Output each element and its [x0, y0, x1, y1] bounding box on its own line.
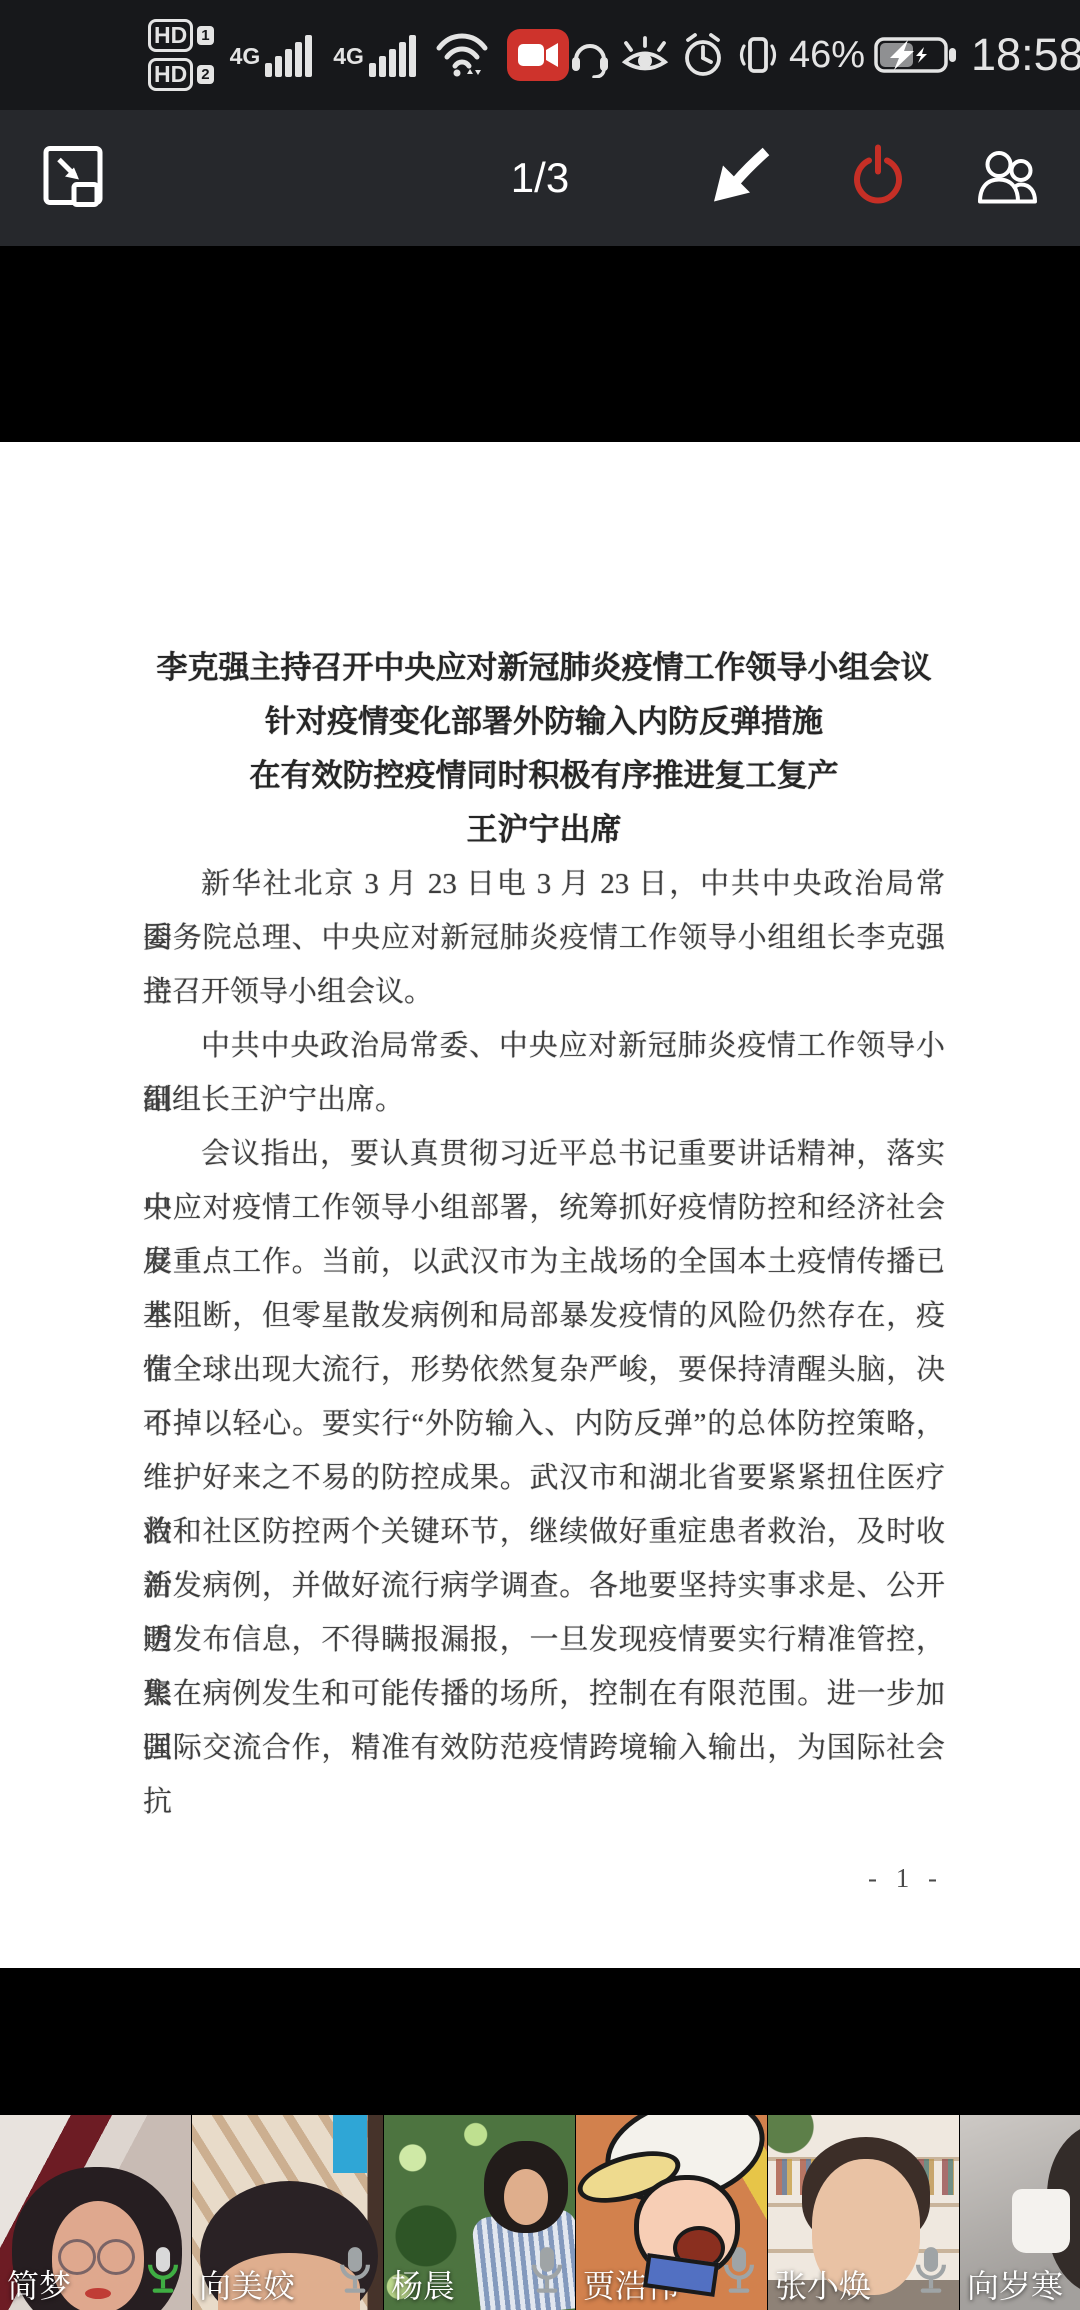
- participants-button[interactable]: [972, 144, 1042, 213]
- document-body-line: 展重点工作。当前，以武汉市为主战场的全国本土疫情传播已基: [143, 1235, 945, 1289]
- mic-icon: [335, 2246, 375, 2300]
- participant-name: 张小焕: [775, 2261, 871, 2307]
- network-type-label: 4G: [230, 43, 261, 70]
- wifi-icon: [433, 30, 491, 80]
- document-body-line: 新华社北京 3 月 23 日电 3 月 23 日，中共中央政治局常委、: [143, 857, 945, 911]
- document-body-line: 中共中央政治局常委、中央应对新冠肺炎疫情工作领导小组: [143, 1019, 945, 1073]
- document-body-line: 可掉以轻心。要实行“外防输入、内防反弹”的总体防控策略，: [143, 1397, 945, 1451]
- document-body-line: 本阻断，但零星散发病例和局部暴发疫情的风险仍然存在，疫情: [143, 1289, 945, 1343]
- power-icon: [842, 140, 914, 212]
- status-bar: HD 1 HD 2 4G: [0, 0, 1080, 110]
- participant-tile-1[interactable]: 简梦: [0, 2115, 192, 2310]
- document-body-line: 在全球出现大流行，形势依然复杂严峻，要保持清醒头脑，决不: [143, 1343, 945, 1397]
- sim2-number: 2: [197, 65, 213, 84]
- status-left-group: HD 1 HD 2 4G: [148, 19, 569, 91]
- document-body-line: 持召开领导小组会议。: [143, 965, 945, 1019]
- participant-tile-5[interactable]: 张小焕: [768, 2115, 960, 2310]
- participant-name: 杨晨: [391, 2261, 455, 2307]
- document-title-line: 在有效防控疫情同时积极有序推进复工复产: [143, 749, 945, 803]
- signal-sim2: 4G: [333, 31, 421, 79]
- video-call-badge: [507, 29, 569, 81]
- eye-comfort-icon: [620, 33, 670, 77]
- pointer-arrow-button[interactable]: [706, 142, 774, 215]
- mic-icon: [911, 2246, 951, 2300]
- hd-icon: HD: [148, 19, 193, 52]
- shared-document-page[interactable]: 李克强主持召开中央应对新冠肺炎疫情工作领导小组会议针对疫情变化部署外防输入内防反…: [0, 442, 1080, 1968]
- hd-icon: HD: [148, 58, 193, 91]
- document-body-line: 维护好来之不易的防控成果。武汉市和湖北省要紧紧扭住医疗救: [143, 1451, 945, 1505]
- participant-tile-4[interactable]: 贾浩伟: [576, 2115, 768, 2310]
- document-body-line: 副组长王沪宁出席。: [143, 1073, 945, 1127]
- mic-icon: [527, 2246, 567, 2300]
- hd-volte-badges: HD 1 HD 2: [148, 19, 214, 91]
- share-toolbar: 1/3: [0, 110, 1080, 246]
- vibrate-icon: [736, 32, 780, 78]
- participant-name: 向岁寒: [967, 2261, 1063, 2307]
- document-title-line: 针对疫情变化部署外防输入内防反弹措施: [143, 695, 945, 749]
- document-body-line: 国务院总理、中央应对新冠肺炎疫情工作领导小组组长李克强主: [143, 911, 945, 965]
- clock-time: 18:58: [971, 29, 1080, 81]
- document-body-line: 焦在病例发生和可能传播的场所，控制在有限范围。进一步加强: [143, 1667, 945, 1721]
- participant-name: 向美姣: [199, 2261, 295, 2307]
- pointer-arrow-icon: [706, 142, 774, 210]
- page-number-footer: - 1 -: [868, 1863, 943, 1894]
- sim1-number: 1: [197, 26, 213, 45]
- headset-icon: [569, 32, 611, 78]
- document-title-line: 李克强主持召开中央应对新冠肺炎疫情工作领导小组会议: [143, 641, 945, 695]
- stop-share-button[interactable]: [842, 140, 914, 217]
- battery-charging-icon: [874, 33, 958, 77]
- alarm-icon: [679, 31, 727, 79]
- signal-bars-icon: [263, 31, 317, 79]
- document-body-line: 新发病例，并做好流行病学调查。各地要坚持实事求是、公开透: [143, 1559, 945, 1613]
- document-title-line: 王沪宁出席: [143, 803, 945, 857]
- participant-tile-2[interactable]: 向美姣: [192, 2115, 384, 2310]
- document-lines: 李克强主持召开中央应对新冠肺炎疫情工作领导小组会议针对疫情变化部署外防输入内防反…: [143, 641, 945, 1775]
- battery-percent: 46%: [789, 34, 865, 77]
- video-camera-icon: [516, 38, 560, 72]
- page-indicator: 1/3: [0, 110, 1080, 246]
- signal-sim1: 4G: [230, 31, 318, 79]
- document-body-line: 明发布信息，不得瞒报漏报，一旦发现疫情要实行精准管控，聚: [143, 1613, 945, 1667]
- hd-badge-sim2: HD 2: [148, 58, 214, 91]
- exit-fullscreen-icon: [40, 143, 106, 209]
- document-body-line: 会议指出，要认真贯彻习近平总书记重要讲话精神，落实中: [143, 1127, 945, 1181]
- document-body-line: 央应对疫情工作领导小组部署，统筹抓好疫情防控和经济社会发: [143, 1181, 945, 1235]
- participant-tile-3[interactable]: 杨晨: [384, 2115, 576, 2310]
- participants-icon: [972, 144, 1042, 208]
- hd-badge-sim1: HD 1: [148, 19, 214, 52]
- participant-strip: 简梦向美姣杨晨贾浩伟张小焕向岁寒: [0, 2115, 1080, 2310]
- document-body-line: 国际交流合作，精准有效防范疫情跨境输入输出，为国际社会抗: [143, 1721, 945, 1775]
- meeting-screen-share-view: HD 1 HD 2 4G: [0, 0, 1080, 2310]
- network-type-label: 4G: [333, 43, 364, 70]
- exit-fullscreen-button[interactable]: [40, 143, 106, 214]
- participant-tile-6[interactable]: 向岁寒: [960, 2115, 1080, 2310]
- status-right-group: 46% 18:58: [569, 29, 1080, 81]
- signal-bars-icon: [367, 31, 421, 79]
- mic-icon: [143, 2246, 183, 2300]
- document-body-line: 治和社区防控两个关键环节，继续做好重症患者救治，及时收治: [143, 1505, 945, 1559]
